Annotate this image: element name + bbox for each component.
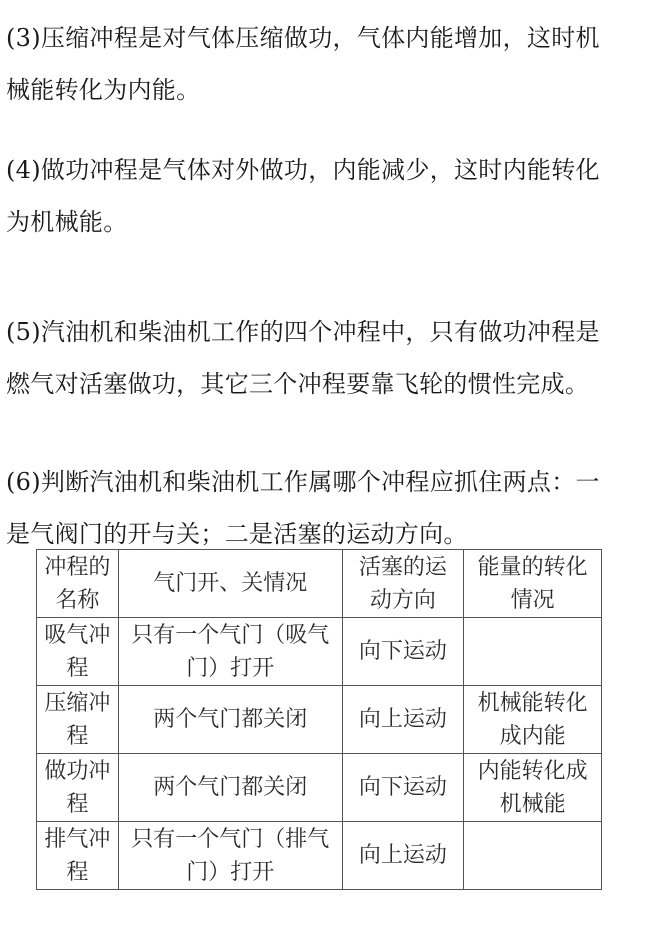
- paragraph-line: (3)压缩冲程是对气体压缩做功，气体内能增加，这时机: [6, 12, 656, 64]
- table-row: 排气冲 程 只有一个气门（排气 门）打开 向上运动: [37, 822, 602, 890]
- paragraph-6: (6)判断汽油机和柴油机工作属哪个冲程应抓住两点：一 是气阀门的开与关；二是活塞…: [6, 456, 656, 560]
- cell-piston-direction: 向上运动: [342, 822, 464, 890]
- paragraph-line: 燃气对活塞做功，其它三个冲程要靠飞轮的惯性完成。: [6, 358, 656, 410]
- header-energy-conversion: 能量的转化 情况: [464, 550, 602, 618]
- cell-stroke-name: 做功冲 程: [37, 754, 119, 822]
- cell-stroke-name: 排气冲 程: [37, 822, 119, 890]
- paragraph-4: (4)做功冲程是气体对外做功，内能减少，这时内能转化 为机械能。: [6, 144, 656, 248]
- cell-piston-direction: 向下运动: [342, 754, 464, 822]
- cell-valve-state: 只有一个气门（排气 门）打开: [118, 822, 342, 890]
- table-header-row: 冲程的 名称 气门开、关情况 活塞的运 动方向 能量的转化 情况: [37, 550, 602, 618]
- cell-stroke-name: 压缩冲 程: [37, 686, 119, 754]
- header-piston-direction: 活塞的运 动方向: [342, 550, 464, 618]
- cell-piston-direction: 向上运动: [342, 686, 464, 754]
- cell-energy-conversion: [464, 618, 602, 686]
- cell-valve-state: 只有一个气门（吸气 门）打开: [118, 618, 342, 686]
- cell-valve-state: 两个气门都关闭: [118, 754, 342, 822]
- table-row: 吸气冲 程 只有一个气门（吸气 门）打开 向下运动: [37, 618, 602, 686]
- header-valve-state: 气门开、关情况: [118, 550, 342, 618]
- cell-energy-conversion: [464, 822, 602, 890]
- paragraph-line: (6)判断汽油机和柴油机工作属哪个冲程应抓住两点：一: [6, 456, 656, 508]
- cell-energy-conversion: 内能转化成 机械能: [464, 754, 602, 822]
- paragraph-line: (4)做功冲程是气体对外做功，内能减少，这时内能转化: [6, 144, 656, 196]
- paragraph-3: (3)压缩冲程是对气体压缩做功，气体内能增加，这时机 械能转化为内能。: [6, 12, 656, 116]
- cell-stroke-name: 吸气冲 程: [37, 618, 119, 686]
- paragraph-5: (5)汽油机和柴油机工作的四个冲程中，只有做功冲程是 燃气对活塞做功，其它三个冲…: [6, 306, 656, 410]
- header-stroke-name: 冲程的 名称: [37, 550, 119, 618]
- paragraph-line: 械能转化为内能。: [6, 64, 656, 116]
- table-row: 做功冲 程 两个气门都关闭 向下运动 内能转化成 机械能: [37, 754, 602, 822]
- table-row: 压缩冲 程 两个气门都关闭 向上运动 机械能转化 成内能: [37, 686, 602, 754]
- paragraph-line: 为机械能。: [6, 196, 656, 248]
- cell-energy-conversion: 机械能转化 成内能: [464, 686, 602, 754]
- cell-valve-state: 两个气门都关闭: [118, 686, 342, 754]
- cell-piston-direction: 向下运动: [342, 618, 464, 686]
- engine-strokes-table: 冲程的 名称 气门开、关情况 活塞的运 动方向 能量的转化 情况 吸气冲 程 只…: [36, 549, 602, 890]
- paragraph-line: (5)汽油机和柴油机工作的四个冲程中，只有做功冲程是: [6, 306, 656, 358]
